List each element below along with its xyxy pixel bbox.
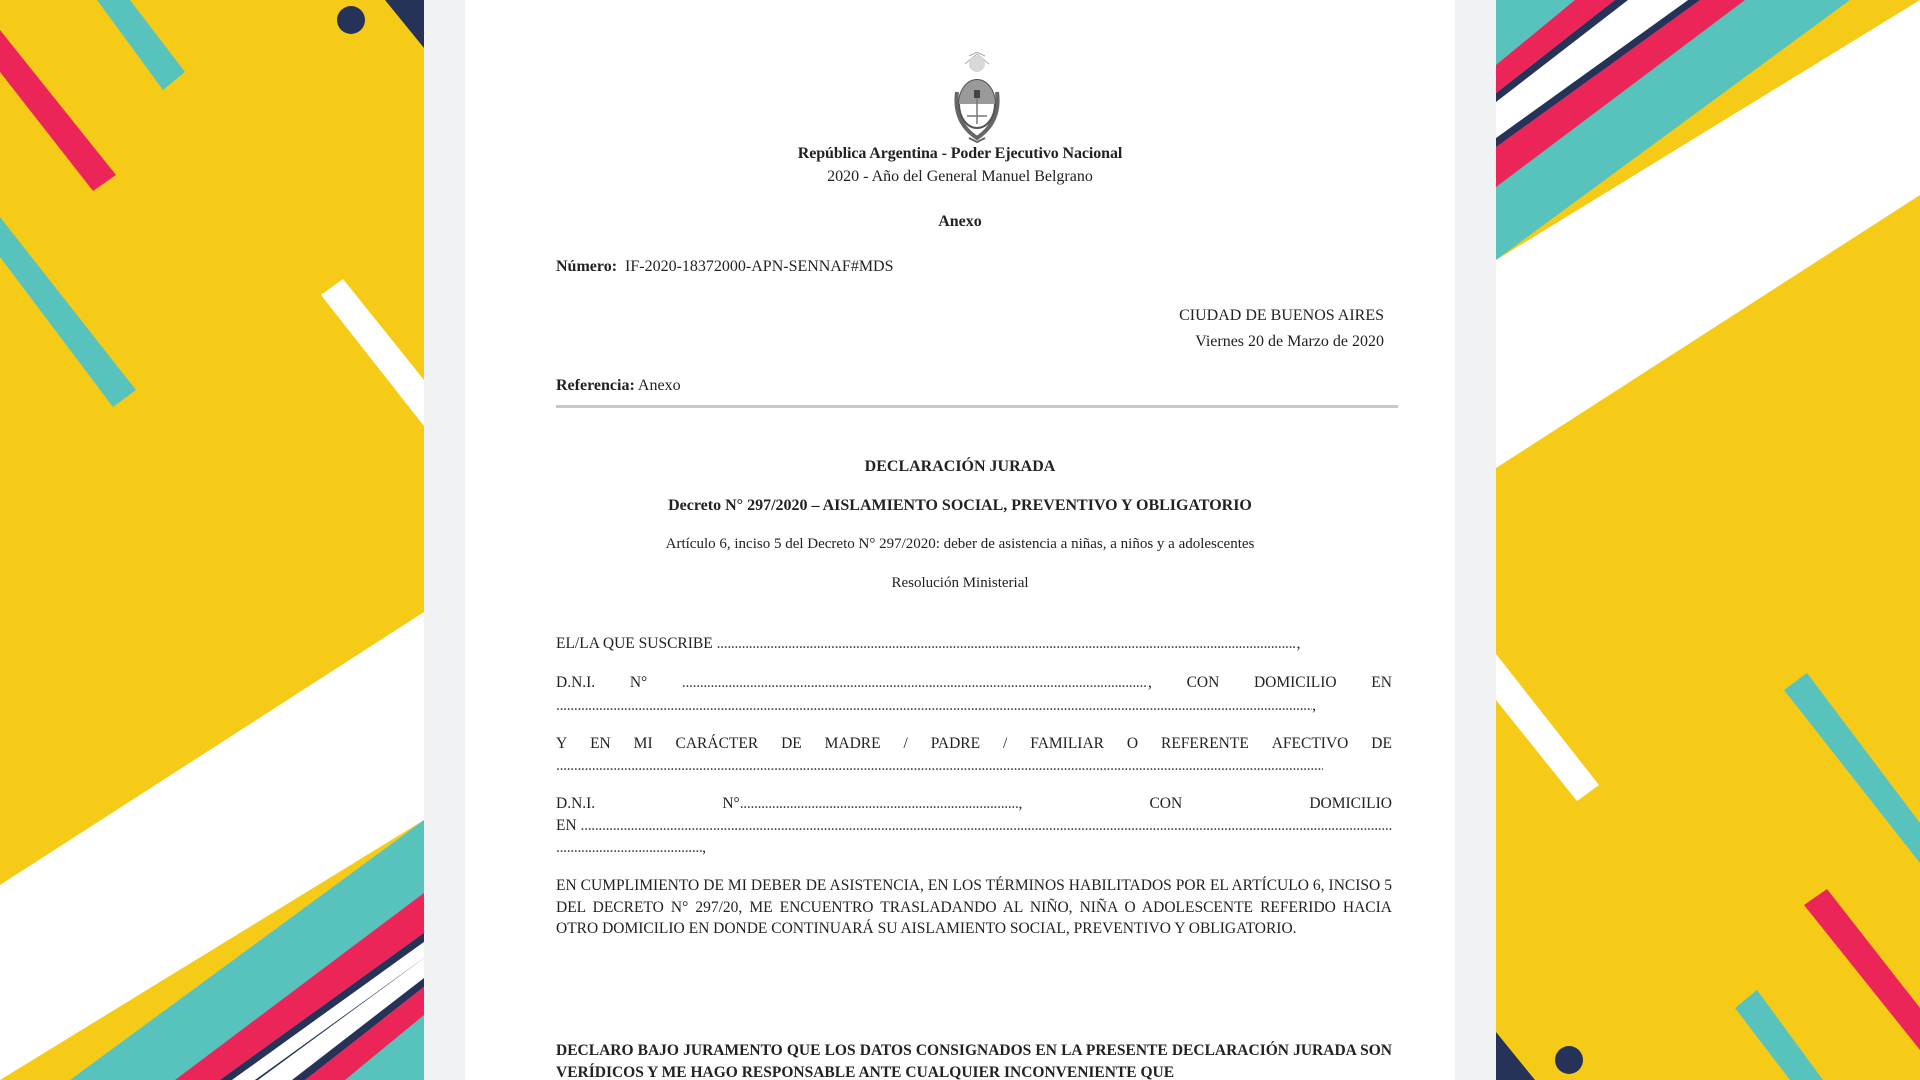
date: Viernes 20 de Marzo de 2020: [1195, 333, 1384, 351]
city: CIUDAD DE BUENOS AIRES: [1179, 307, 1384, 325]
form-line-address: ........................................…: [556, 697, 1316, 715]
form-line-child-dni: D.N.I. N°...............................…: [556, 795, 1392, 813]
form-line-child-name: ........................................…: [556, 757, 1323, 775]
article-reference: Artículo 6, inciso 5 del Decreto N° 297/…: [465, 536, 1455, 553]
document-page: República Argentina - Poder Ejecutivo Na…: [465, 0, 1455, 1080]
paragraph-obligation: EN CUMPLIMIENTO DE MI DEBER DE ASISTENCI…: [556, 875, 1392, 940]
decorative-background-left: [0, 0, 424, 1080]
form-line-child-address-2: ........................................…: [556, 839, 706, 857]
divider: [556, 405, 1398, 408]
geometric-pattern: [0, 0, 424, 1080]
reference: Referencia: Anexo: [556, 377, 1392, 395]
dni-field[interactable]: ........................................…: [682, 674, 1148, 692]
document-type: Anexo: [465, 213, 1455, 231]
page-gutter-left: [424, 0, 465, 1080]
child-address-field[interactable]: ........................................…: [581, 817, 1392, 835]
declaration-title: DECLARACIÓN JURADA: [465, 458, 1455, 476]
numero-value: IF-2020-18372000-APN-SENNAF#MDS: [625, 258, 893, 275]
child-dni-field[interactable]: ........................................…: [740, 795, 1019, 813]
header-subtitle: 2020 - Año del General Manuel Belgrano: [465, 168, 1455, 186]
header-title: República Argentina - Poder Ejecutivo Na…: [465, 145, 1455, 163]
dni-label: D.N.I.: [556, 674, 595, 692]
argentina-coat-of-arms-icon: [947, 52, 1007, 146]
resolution-label: Resolución Ministerial: [465, 575, 1455, 592]
name-field[interactable]: ........................................…: [717, 635, 1297, 653]
geometric-pattern: [1496, 0, 1920, 1080]
address-field[interactable]: ........................................…: [556, 697, 1312, 715]
suscribe-label: EL/LA QUE SUSCRIBE: [556, 635, 713, 652]
child-name-field[interactable]: ........................................…: [556, 757, 1323, 775]
en-label: EN: [1371, 674, 1392, 692]
form-line-child-address: EN .....................................…: [556, 817, 1392, 835]
document-number: Número: IF-2020-18372000-APN-SENNAF#MDS: [556, 258, 1392, 276]
page-gutter-right: [1455, 0, 1496, 1080]
domicilio-label: DOMICILIO: [1254, 674, 1337, 692]
referencia-label: Referencia:: [556, 377, 635, 394]
numero-label: Número:: [556, 258, 617, 275]
paragraph-declaration: DECLARO BAJO JURAMENTO QUE LOS DATOS CON…: [556, 1040, 1392, 1080]
nro-label: N°: [630, 674, 647, 692]
child-address-field-2[interactable]: ........................................…: [556, 839, 702, 857]
form-line-suscribe: EL/LA QUE SUSCRIBE .....................…: [556, 635, 1392, 653]
decorative-background-right: [1496, 0, 1920, 1080]
form-line-caracter: Y EN MI CARÁCTER DE MADRE / PADRE / FAMI…: [556, 735, 1392, 753]
decree-title: Decreto N° 297/2020 – AISLAMIENTO SOCIAL…: [465, 497, 1455, 515]
referencia-value: Anexo: [638, 377, 681, 394]
form-line-dni: D.N.I. N° ..............................…: [556, 674, 1392, 692]
con-label: CON: [1187, 674, 1220, 692]
